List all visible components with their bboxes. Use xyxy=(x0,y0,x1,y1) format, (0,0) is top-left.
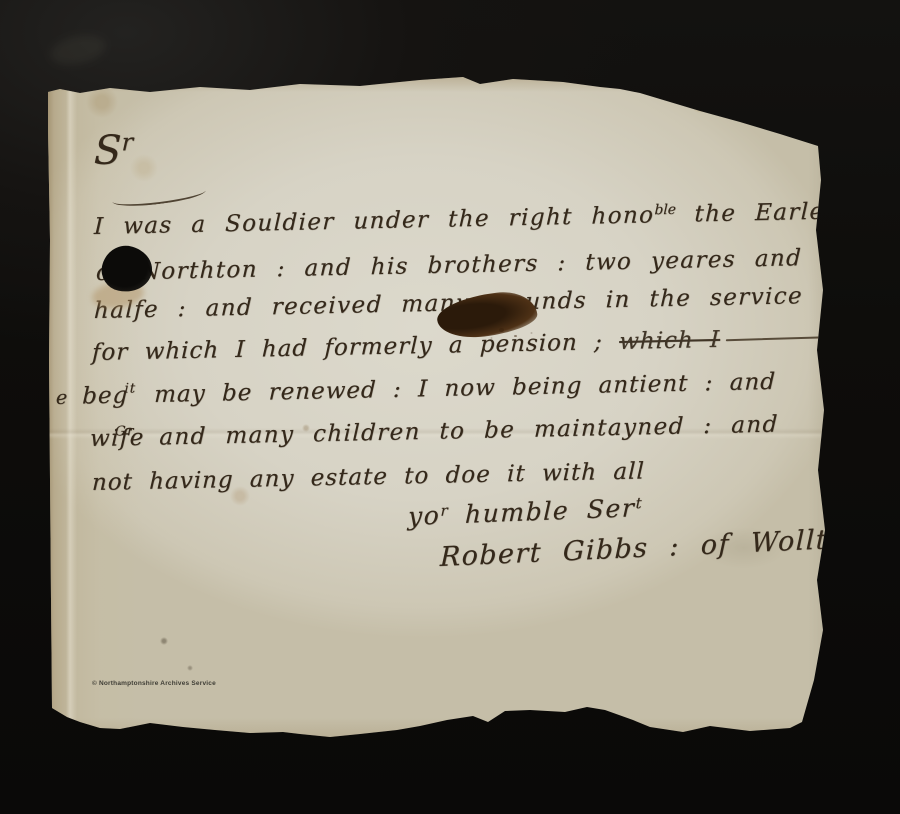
ink-blot-speckles xyxy=(499,328,504,332)
salutation: Sr xyxy=(93,127,133,174)
photo-background: Sr I was a Souldier under the right hono… xyxy=(0,0,900,814)
manuscript-paper: Sr I was a Souldier under the right hono… xyxy=(44,76,834,740)
signature-text: Robert Gibbs : of Wollton xyxy=(440,523,865,573)
letter-line-1: I was a Souldier under the right honoble… xyxy=(94,199,825,240)
closing-text: yo xyxy=(408,501,441,531)
salutation-superscript: r xyxy=(121,128,133,156)
closing-superscript-r: r xyxy=(440,501,448,519)
line5-margin-mark: e xyxy=(56,387,69,409)
letter-line-7: not having any estate to doe it with all xyxy=(92,458,646,496)
signature-line: Robert Gibbs : of Wollton xyxy=(440,523,865,573)
letter-line-2: of Northton : and his brothers : two yea… xyxy=(96,244,837,286)
pen-dash-stroke xyxy=(726,336,844,342)
letter-line-6: wifeGr and many children to be maintayne… xyxy=(90,412,780,452)
closing-line: yor humble Sert xyxy=(408,493,642,531)
line5-first-word: beg xyxy=(82,382,129,409)
archive-watermark: © Northamptonshire Archives Service xyxy=(92,680,216,687)
line6-inserted-word: Gr xyxy=(115,424,135,439)
pen-flourish xyxy=(111,182,206,209)
line5-inserted-word: it xyxy=(124,381,136,396)
line6-text: and many children to be maintayned : and xyxy=(140,412,779,451)
line7-text: not having any estate to doe it with all xyxy=(92,458,646,496)
line1-text: I was a Souldier under the right hono xyxy=(94,202,655,240)
line5-text: may be renewed : I now being antient : a… xyxy=(138,369,777,408)
line2-text: of Northton : and his brothers : two yea… xyxy=(96,244,837,286)
closing-superscript-t: t xyxy=(635,494,642,512)
line4-text: for which I had formerly a pension ; xyxy=(92,329,620,366)
closing-text-mid: humble Ser xyxy=(447,493,636,529)
line4-struck-text: which I xyxy=(619,327,721,355)
background-smudge xyxy=(48,30,109,69)
line1-text-end: the Earle xyxy=(675,199,825,228)
letter-line-5: ebegit may be renewed : I now being anti… xyxy=(56,369,777,410)
line1-superscript: ble xyxy=(654,202,676,218)
salutation-letter: S xyxy=(93,127,122,174)
